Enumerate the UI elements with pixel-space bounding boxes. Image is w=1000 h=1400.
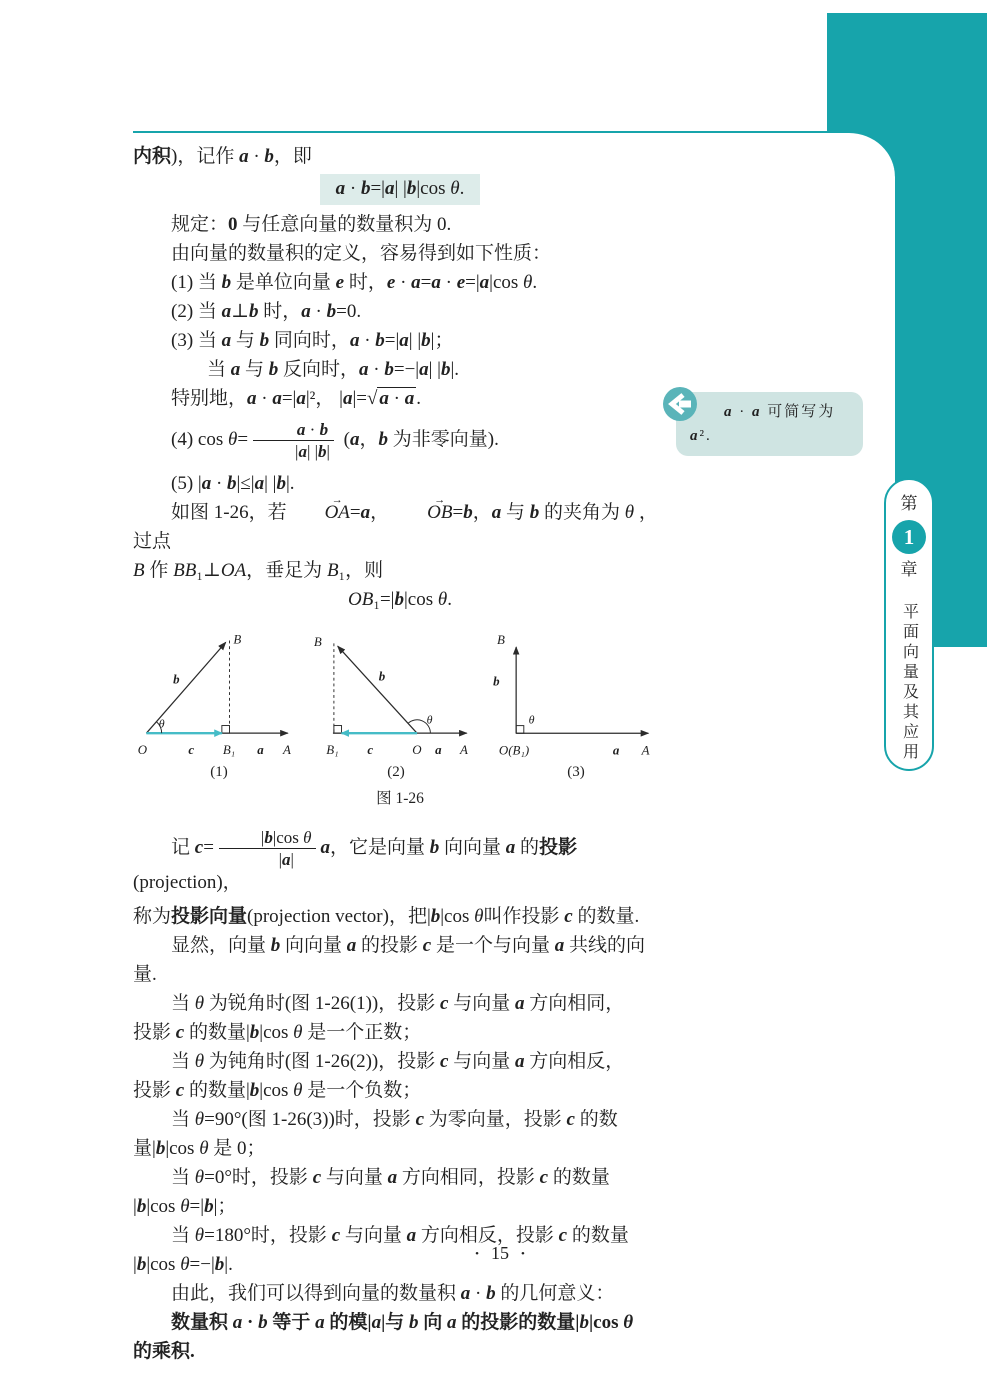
- footer-dot-left: •: [475, 1248, 479, 1260]
- diagram-acute-angle: θ O c B₁ a A b B: [133, 626, 305, 762]
- body-line: 特别地，a · a=|a|²， |a|=√a · a.: [133, 384, 667, 413]
- chapter-suffix: 章: [901, 559, 918, 581]
- body-line: 当 θ=90°(图 1-26(3))时，投影 c 为零向量，投影 c 的数: [133, 1105, 667, 1134]
- body-line: (4) cos θ=a · b|a| |b| (a，b 为非零向量).: [133, 419, 667, 463]
- right-angle-mark: [516, 725, 524, 733]
- body-line: 由此，我们可以得到向量的数量积 a · b 的几何意义：: [133, 1279, 667, 1308]
- vector-a-label: a: [435, 743, 442, 757]
- point-b-label: B: [314, 635, 322, 649]
- page-number: 15: [491, 1243, 509, 1263]
- body-line: (2) 当 a⊥b 时，a · b=0.: [133, 297, 667, 326]
- chapter-number-badge: 1: [892, 520, 926, 554]
- body-line: 当 a 与 b 反向时，a · b=−|a| |b|.: [133, 355, 667, 384]
- fraction: a · b|a| |b|: [253, 419, 334, 463]
- chapter-prefix: 第: [901, 493, 918, 515]
- body-line: 记 c=|b|cos θ|a|a，它是向量 b 向向量 a 的投影(projec…: [133, 827, 667, 897]
- body-line: 投影 c 的数量|b|cos θ 是一个负数；: [133, 1076, 667, 1105]
- sublabel-2: (2): [310, 764, 482, 781]
- body-text-bottom: 记 c=|b|cos θ|a|a，它是向量 b 向向量 a 的投影(projec…: [133, 812, 667, 1367]
- content-panel: 内积)，记作 a · b，即a · b=|a| |b|cos θ.规定：0 与任…: [133, 131, 895, 1376]
- chapter-title: 平面向量及其应用: [898, 603, 921, 763]
- body-line: 量|b|cos θ 是 0；: [133, 1134, 667, 1163]
- vector-b-label: b: [379, 669, 386, 683]
- body-text-top: 内积)，记作 a · b，即a · b=|a| |b|cos θ.规定：0 与任…: [133, 133, 667, 614]
- right-angle-mark: [222, 725, 230, 733]
- formula-highlight: a · b=|a| |b|cos θ.: [133, 174, 667, 205]
- body-line: 投影 c 的数量|b|cos θ 是一个正数；: [133, 1018, 667, 1047]
- body-line: |b|cos θ=|b|；: [133, 1192, 667, 1221]
- highlighted-formula: a · b=|a| |b|cos θ.: [320, 174, 481, 205]
- figure-sublabels: (1) (2) (3): [133, 764, 667, 781]
- point-b1-label: B₁: [326, 743, 338, 757]
- footer-dot-right: •: [521, 1248, 525, 1260]
- body-line: (3) 当 a 与 b 同向时，a · b=|a| |b|；: [133, 326, 667, 355]
- body-line: 由向量的数量积的定义，容易得到如下性质：: [133, 239, 667, 268]
- diagram-obtuse-angle: θ B b B₁ c O a A: [310, 626, 482, 762]
- back-arrow-icon: [661, 385, 699, 423]
- theta-label: θ: [427, 712, 433, 726]
- point-a-label: A: [282, 743, 291, 757]
- body-line: 称为投影向量(projection vector)，把|b|cos θ叫作投影 …: [133, 902, 667, 931]
- theta-label: θ: [529, 712, 535, 726]
- page-footer: •15•: [0, 1243, 1000, 1264]
- point-o-label: O: [138, 743, 147, 757]
- margin-note-line1: a · a 可简写为: [690, 400, 851, 424]
- diagram-right-angle: θ B b O(B₁) a A: [487, 626, 665, 762]
- margin-note: a · a 可简写为 a².: [661, 385, 863, 457]
- vector-b-label: b: [493, 673, 500, 688]
- margin-note-line2: a².: [690, 424, 851, 448]
- point-o-b1-label: O(B₁): [499, 742, 529, 757]
- point-b-label: B: [233, 632, 241, 646]
- body-line: 当 θ 为锐角时(图 1-26(1))，投影 c 与向量 a 方向相同，: [133, 989, 667, 1018]
- body-line: 当 θ 为钝角时(图 1-26(2))，投影 c 与向量 a 方向相反，: [133, 1047, 667, 1076]
- body-line: B 作 BB₁⊥OA，垂足为 B₁，则: [133, 556, 667, 585]
- theta-label: θ: [159, 716, 165, 730]
- body-line: 显然，向量 b 向向量 a 的投影 c 是一个与向量 a 共线的向量.: [133, 931, 667, 989]
- body-line: 当 θ=0°时，投影 c 与向量 a 方向相同，投影 c 的数量: [133, 1163, 667, 1192]
- vector-b: [338, 646, 417, 733]
- vector-a-label: a: [257, 743, 264, 757]
- margin-note-box: a · a 可简写为 a².: [676, 392, 863, 456]
- sublabel-3: (3): [487, 764, 665, 781]
- vector-c-label: c: [188, 743, 194, 757]
- chapter-tab: 第 1 章 平面向量及其应用: [884, 478, 934, 771]
- point-b1-label: B₁: [223, 743, 235, 757]
- right-angle-mark: [334, 725, 342, 733]
- sublabel-1: (1): [133, 764, 305, 781]
- body-line: (1) 当 b 是单位向量 e 时，e · a=a · e=|a|cos θ.: [133, 268, 667, 297]
- body-line: 数量积 a · b 等于 a 的模|a|与 b 向 a 的投影的数量|b|cos…: [133, 1308, 667, 1337]
- vector-a-label: a: [613, 742, 620, 757]
- figure-caption: 图 1-26: [133, 786, 667, 808]
- vector-b-label: b: [173, 672, 180, 686]
- point-b-label: B: [497, 632, 505, 647]
- figure-1-26: θ O c B₁ a A b B θ: [133, 626, 667, 808]
- body-line: OB₁=|b|cos θ.: [133, 585, 667, 614]
- body-line: 规定：0 与任意向量的数量积为 0.: [133, 210, 667, 239]
- textbook-page: { "colors":{"accent":"#17a4ab","note_bg"…: [0, 0, 1000, 1400]
- body-line: 的乘积.: [133, 1337, 667, 1366]
- body-line: 内积)，记作 a · b，即: [133, 142, 667, 171]
- point-a-label: A: [459, 743, 468, 757]
- vector-c-label: c: [367, 743, 373, 757]
- point-a-label: A: [641, 742, 650, 757]
- figure-diagrams-row: θ O c B₁ a A b B θ: [133, 626, 667, 762]
- fraction: |b|cos θ|a|: [219, 827, 316, 871]
- point-o-label: O: [412, 743, 421, 757]
- chapter-number: 1: [904, 525, 915, 550]
- body-line: 如图 1-26，若→OA=a，→OB=b，a 与 b 的夹角为 θ ，过点: [133, 498, 667, 556]
